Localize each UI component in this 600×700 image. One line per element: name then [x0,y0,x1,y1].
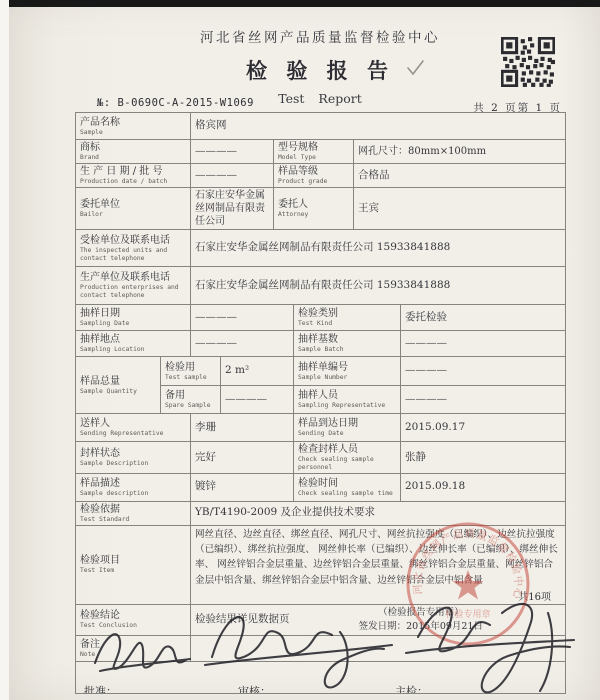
label-zh: 检查封样人员 [298,443,396,456]
value-text: 格宾网 [195,119,561,133]
label-zh: 委托人 [278,198,349,211]
label-en: Sampling Representative [298,402,396,410]
label-en: Sample Description [80,460,186,468]
row-inspected-unit: 受检单位及联系电话 The inspected units and contac… [76,230,566,267]
issue-block: （检验报告专用章） 签发日期：2015年09月21日 [359,606,483,634]
field-sampleno-label: 抽样单编号 Sample Number [294,357,401,386]
value-text: 王宾 [358,202,561,216]
label-en: Sample Number [298,374,396,382]
value-text: ———— [195,145,269,159]
field-samplingdate-value: ———— [191,305,294,331]
field-quantity-label: 样品总量 Sample Quantity [76,357,161,414]
label-zh: 生 产 日 期 / 批 号 [80,165,186,178]
label-zh: 抽样人员 [298,389,396,402]
label-en: Sending Representative [80,430,186,438]
row-sealstate-checker: 封样状态 Sample Description 完好 检查封样人员 Check … [76,442,566,474]
row-test-items: 检验项目 Test Item 网丝直径、边丝直径、绑丝直径、网孔尺寸、网丝抗拉强… [76,525,566,604]
field-sender-label: 送样人 Sending Representative [76,414,191,442]
value-text: 合格品 [358,169,561,183]
label-en: Brand [80,154,186,162]
label-zh: 商标 [80,141,186,154]
field-sealstate-value: 完好 [191,442,294,474]
value-text: ———— [195,169,269,183]
value-text: 镀锌 [195,480,289,494]
label-zh: 备用 [165,389,216,402]
label-zh: 产品名称 [80,116,186,129]
label-en: Note [80,651,186,659]
row-conclusion: 检验结论 Test Conclusion 检验结果详见数据页 （检验报告专用章）… [76,605,566,636]
label-zh: 备注 [80,638,186,651]
report-title: 检 验 报 告 [75,55,565,85]
label-en: Test Conclusion [80,622,186,630]
org-name: 河北省丝网产品质量监督检验中心 [75,26,565,46]
value-text: 石家庄安华金属丝网制品有限责任公司 15933841888 [195,241,561,255]
label-en: Attorney [278,211,349,219]
value-text: ———— [405,364,561,378]
items-count: 共16项 [195,588,561,603]
field-sample-value: 格宾网 [191,113,566,140]
row-brand-model: 商标 Brand ———— 型号规格 Model Type 网孔尺寸：80mm×… [76,140,566,164]
row-standard: 检验依据 Test Standard YB/T4190-2009 及企业提供技术… [76,501,566,525]
field-model-value: 网孔尺寸：80mm×100mm [354,140,566,164]
label-en: Test Standard [80,516,186,524]
field-attorney-label: 委托人 Attorney [274,188,354,230]
qr-code [501,37,555,87]
label-en: Check sealing sample time [298,490,396,498]
approver-block: 批准： Approver [84,680,117,693]
label-zh: 抽样日期 [80,307,186,320]
field-samplingloc-label: 抽样地点 Sampling Location [76,331,191,357]
label-en: Test Kind [298,320,396,328]
field-standard-value: YB/T4190-2009 及企业提供技术要求 [191,501,566,525]
label-zh: 抽样基数 [298,333,396,346]
report-number-value: B-0690C-A-2015-W1069 [117,97,253,109]
value-text: 李珊 [195,421,289,435]
label-zh: 样品等级 [278,165,349,178]
scan-edge [0,0,9,700]
value-text: ———— [195,311,289,325]
field-brand-label: 商标 Brand [76,140,191,164]
report-table: 产品名称 Sample 格宾网 商标 Brand ———— 型号规格 Model… [75,112,566,694]
row-samplingdate-testkind: 抽样日期 Sampling Date ———— 检验类别 Test Kind 委… [76,305,566,331]
field-arrivedate-value: 2015.09.17 [401,414,566,442]
label-en: Sampling Location [80,346,186,354]
verifier-label: 审核： [238,685,271,693]
row-bailor-attorney: 委托单位 Bailor 石家庄安华金属丝网制品有限责任公司 委托人 Attorn… [76,188,566,230]
scan-top-bar [9,0,600,7]
field-items-value: 网丝直径、边丝直径、绑丝直径、网孔尺寸、网丝抗拉强度（已编织）、边丝抗拉强度（已… [191,525,566,604]
label-en: Sample Quantity [80,388,156,396]
field-testtime-value: 2015.09.18 [401,473,566,501]
issue-date: 签发日期：2015年09月21日 [359,621,483,632]
field-samplebatch-label: 抽样基数 Sample Batch [294,331,401,357]
label-en: Sampling Date [80,320,186,328]
field-samplingloc-value: ———— [191,331,294,357]
label-en: Model Type [278,154,349,162]
label-en: Check sealing sample personnel [298,456,396,472]
label-zh: 检验用 [165,361,216,374]
label-zh: 样品描述 [80,477,186,490]
value-text: YB/T4190-2009 及企业提供技术要求 [195,506,561,520]
verifier-block: 审核： Verifier [238,680,271,693]
inspector-label: 主检： [395,685,428,693]
field-samplebatch-value: ———— [401,331,566,357]
value-text: 石家庄安华金属丝网制品有限责任公司 [195,189,269,228]
value-text: 石家庄安华金属丝网制品有限责任公司 15933841888 [195,279,561,293]
label-en: Test Item [80,567,186,575]
label-zh: 生产单位及联系电话 [80,271,186,284]
label-en: Product grade [278,178,349,186]
label-zh: 检验结论 [80,609,186,622]
row-sample: 产品名称 Sample 格宾网 [76,113,566,140]
row-sampledesc-testtime: 样品描述 Sample description 镀锌 检验时间 Check se… [76,473,566,501]
label-en: The inspected units and contact telephon… [80,247,186,263]
field-sealchecker-label: 检查封样人员 Check sealing sample personnel [294,442,401,474]
label-en: Sample Batch [298,346,396,354]
label-en: Sample [80,129,186,137]
label-zh: 型号规格 [278,141,349,154]
row-production-unit: 生产单位及联系电话 Production enterprises and con… [76,267,566,305]
field-proddate-label: 生 产 日 期 / 批 号 Production date / batch [76,164,191,188]
field-note-value [191,635,566,661]
label-en: Sending Date [298,430,396,438]
field-grade-label: 样品等级 Product grade [274,164,354,188]
field-testsample-label: 检验用 Test sample [161,357,221,386]
label-zh: 样品总量 [80,375,156,388]
field-producer-label: 生产单位及联系电话 Production enterprises and con… [76,267,191,305]
label-zh: 检验类别 [298,307,396,320]
row-note: 备注 Note [76,635,566,661]
field-bailor-label: 委托单位 Bailor [76,188,191,230]
report-number: №: B-0690C-A-2015-W1069 [97,97,254,109]
label-en: Spare Sample [165,402,216,410]
value-text: 网孔尺寸：80mm×100mm [358,145,561,158]
field-note-label: 备注 Note [76,635,191,661]
seal-note: （检验报告专用章） [378,607,464,618]
field-conclusion-label: 检验结论 Test Conclusion [76,605,191,636]
label-zh: 抽样地点 [80,333,186,346]
label-zh: 检验项目 [80,554,186,567]
field-sampledesc-label: 样品描述 Sample description [76,473,191,501]
label-zh: 送样人 [80,417,186,430]
field-sampledesc-value: 镀锌 [191,473,294,501]
row-signatures: 批准： Approver 审核： Verifier 主检： Main inspe… [76,661,566,693]
label-en: Test sample [165,374,216,382]
value-text: 委托检验 [405,311,561,325]
label-zh: 检验时间 [298,477,396,490]
field-sealchecker-value: 张静 [401,442,566,474]
field-model-label: 型号规格 Model Type [274,140,354,164]
field-sender-value: 李珊 [191,414,294,442]
value-text: 张静 [405,451,561,465]
signature-row-cell: 批准： Approver 审核： Verifier 主检： Main inspe… [76,661,566,693]
field-attorney-value: 王宾 [354,188,566,230]
field-sampleno-value: ———— [401,357,566,386]
field-items-label: 检验项目 Test Item [76,525,191,604]
field-standard-label: 检验依据 Test Standard [76,501,191,525]
field-proddate-value: ———— [191,164,274,188]
field-spare-label: 备用 Spare Sample [161,386,221,414]
report-number-label: №: [97,97,111,109]
label-en: Production enterprises and contact telep… [80,284,186,300]
field-testkind-value: 委托检验 [401,305,566,331]
label-zh: 样品到达日期 [298,417,396,430]
field-samplingdate-label: 抽样日期 Sampling Date [76,305,191,331]
row-samplingloc-batch: 抽样地点 Sampling Location ———— 抽样基数 Sample … [76,331,566,357]
label-en: Sample description [80,490,186,498]
field-sample-label: 产品名称 Sample [76,113,191,140]
label-en: Production date / batch [80,178,186,186]
field-testkind-label: 检验类别 Test Kind [294,305,401,331]
inspector-block: 主检： Main inspec [395,680,437,693]
label-zh: 受检单位及联系电话 [80,234,186,247]
value-text: ———— [225,393,289,407]
label-zh: 检验依据 [80,503,186,516]
label-zh: 抽样单编号 [298,361,396,374]
field-inspected-label: 受检单位及联系电话 The inspected units and contac… [76,230,191,267]
field-brand-value: ———— [191,140,274,164]
value-text: 2 m² [225,364,289,378]
row-sender-arrivedate: 送样人 Sending Representative 李珊 样品到达日期 Sen… [76,414,566,442]
field-bailor-value: 石家庄安华金属丝网制品有限责任公司 [191,188,274,230]
value-text: 检验结果详见数据页 [195,613,290,627]
field-testtime-label: 检验时间 Check sealing sample time [294,473,401,501]
field-samplingrep-label: 抽样人员 Sampling Representative [294,386,401,414]
value-text: 2015.09.18 [405,480,561,494]
row-quantity-testsample: 样品总量 Sample Quantity 检验用 Test sample 2 m… [76,357,566,386]
value-text: ———— [405,393,561,407]
test-report-page: 河北省丝网产品质量监督检验中心 检 验 报 告 Test Report [0,0,600,700]
report-header: 河北省丝网产品质量监督检验中心 检 验 报 告 Test Report [75,26,565,106]
field-spare-value: ———— [221,386,294,414]
value-text: ———— [195,337,289,351]
label-zh: 封样状态 [80,447,186,460]
field-sealstate-label: 封样状态 Sample Description [76,442,191,474]
row-proddate-grade: 生 产 日 期 / 批 号 Production date / batch ——… [76,164,566,188]
value-text: 2015.09.17 [405,421,561,435]
label-zh: 委托单位 [80,198,186,211]
field-inspected-value: 石家庄安华金属丝网制品有限责任公司 15933841888 [191,230,566,267]
field-conclusion-value: 检验结果详见数据页 （检验报告专用章） 签发日期：2015年09月21日 [191,605,566,636]
label-en: Bailor [80,211,186,219]
value-text: 网丝直径、边丝直径、绑丝直径、网孔尺寸、网丝抗拉强度（已编织）、边丝抗拉强度（已… [195,527,561,588]
field-producer-value: 石家庄安华金属丝网制品有限责任公司 15933841888 [191,267,566,305]
approver-label: 批准： [84,685,117,693]
field-arrivedate-label: 样品到达日期 Sending Date [294,414,401,442]
field-grade-value: 合格品 [354,164,566,188]
field-testsample-value: 2 m² [221,357,294,386]
value-text: ———— [405,337,561,351]
field-samplingrep-value: ———— [401,386,566,414]
value-text: 完好 [195,451,289,465]
